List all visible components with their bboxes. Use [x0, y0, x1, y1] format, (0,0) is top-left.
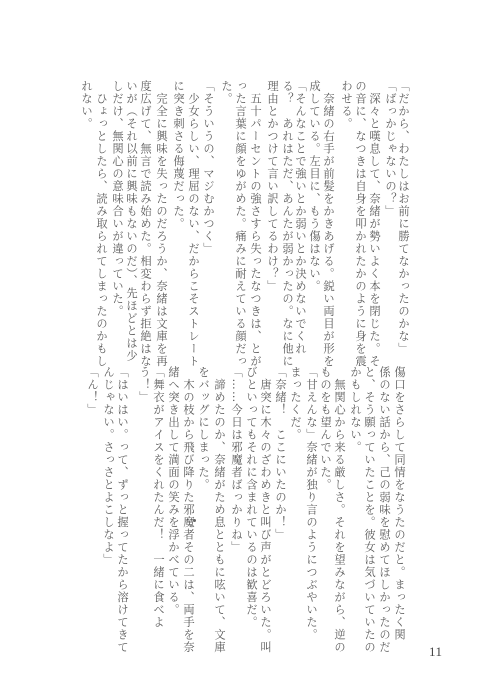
text-column: 「ばっかじゃないの？」 [384, 80, 396, 218]
text-column: 少女らしい、理屈のない、だからこそストレート [187, 80, 199, 368]
text-column: 「甘えんな」奈緒が独り言のようにつぶやいた。 [305, 366, 317, 641]
document-page: 「だから、わたしはお前に勝てなかったのかな」「ばっかじゃないの？」 深々と嘆息し… [0, 0, 480, 685]
text-column: と、そう願っていたことを。彼女は気づいていたの [363, 366, 375, 654]
text-column: 「はいはい。って、ずっと握ってたから溶けてきて [116, 366, 128, 654]
text-column: 「だから、わたしはお前に勝てなかったのかな」 [397, 80, 409, 355]
text-column: に突き刺さる侮蔑だった。 [172, 80, 184, 230]
text-column: た。 [220, 80, 232, 105]
text-column: 諦めたのか、奈緒がため息とともに呟いて、文庫 [213, 366, 225, 654]
text-column: 理由とかつけて言い訳してるわけ？」 [266, 80, 278, 293]
text-column: 奈緒の右手が前髪をかきあげる。鋭い両目が形を [322, 80, 334, 368]
text-column: の音に、なつきは自身を叩かれたかのように身を震 [354, 80, 366, 368]
text-column: まったくだ。 [289, 366, 301, 441]
text-column: ひょっとしたら、読み取られてしまったのかもし [95, 80, 107, 368]
emphasis-dot [193, 519, 196, 522]
text-column: びといってもそれに含まれているのは歓喜だ。 [245, 366, 257, 629]
text-column: 「……今日は邪魔者ばっかりね」 [230, 366, 242, 554]
text-column: 五十パーセントの強さすら失ったなつきは、とが [249, 80, 261, 368]
text-column: れない。 [80, 80, 92, 130]
text-column: 唐突に木々のざわめきと叫び声がとどろいた。叫 [259, 366, 271, 654]
text-column: をバッグにしまった。 [197, 366, 209, 491]
text-column: いが（それ以前に興味もないのだ）、先ほどとは少 [125, 80, 137, 362]
text-column: 完全に興味を失ったのだろうか、奈緒は文庫を再 [155, 80, 167, 368]
text-column: んじゃない。さっさとよこしなよ」 [102, 366, 114, 566]
text-column: 成している。左目に、もう傷はない。 [308, 80, 320, 293]
text-column: 傷口をさらして同情をなうたのだと。まったく関 [393, 366, 405, 641]
text-column: 深々と嘆息して、奈緒が勢いよく本を閉じた。そ [368, 80, 380, 368]
text-column: 無関心から来る厳しさ。それを望みながら、逆の [333, 366, 345, 654]
text-column: 「ん！」 [86, 366, 98, 416]
text-column: 「そんなことで強いとか弱いとか決めないでくれ [294, 80, 306, 355]
text-column: う！」 [138, 366, 150, 404]
text-column: 「舞衣がアイスをくれたんだ！ 一緒に食べよ [152, 366, 164, 629]
text-column: かもしれない。 [349, 366, 361, 454]
text-column: しだけ、無関心の意味合いが違っていた。 [111, 80, 123, 318]
text-column: 緒へ突き出して満面の笑みを浮かべている。 [167, 366, 179, 616]
text-column: った言葉に顔をゆがめた。痛みに耐えている顔だっ [234, 80, 246, 368]
text-column: 木の枝から飛び降りた邪魔者その二は、両手を奈 [182, 366, 194, 654]
text-column: ものをも望んでいた。 [319, 366, 331, 491]
text-column: わせる。 [340, 80, 352, 130]
text-column: 「奈緒！ ここにいたのか！」 [274, 366, 286, 541]
text-column: 「そういうの、マジむかつく」 [202, 80, 214, 255]
page-number: 11 [429, 644, 443, 660]
text-column: る？ あれはただ、あんたが弱かったの。なに他に [281, 80, 293, 368]
text-column: 度広げて、無言で読み始めた。相変わらず拒絶はな [139, 80, 151, 368]
text-column: 係のない話から、己の弱味を慰めてほしかったのだ [378, 366, 390, 654]
